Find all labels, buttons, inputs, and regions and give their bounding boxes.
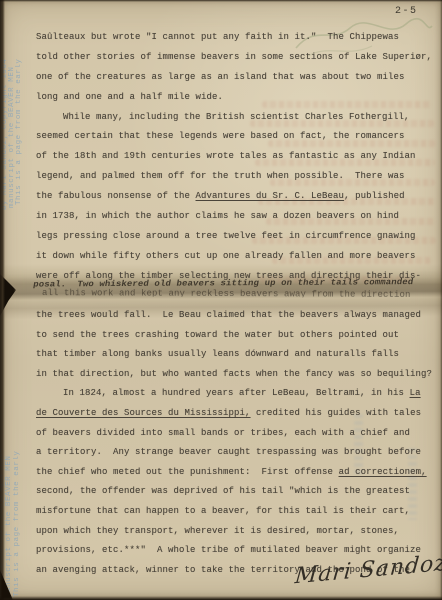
text-line: upon which they transport, wherever it i… (36, 522, 432, 542)
margin-stamp-line: manuscript of the BEAVER MEN (8, 67, 16, 208)
text-line: seemed certain that these legends were b… (36, 127, 432, 147)
text-line: it down while fifty others cut up one al… (36, 247, 432, 267)
text-line: in that direction, but who wanted facts … (36, 365, 432, 385)
text-line: one of the creatures as large as an isla… (36, 68, 432, 88)
margin-stamp-line: This is a page from the early (13, 451, 21, 597)
text-line: the chief who meted out the punishment: … (36, 463, 432, 483)
text-line: misfortune that can happen to a beaver, … (36, 502, 432, 522)
margin-stamp-line: This is a page from the early (15, 59, 23, 205)
typed-text-block-1: Saûlteaux but wrote "I cannot put any fa… (36, 28, 432, 287)
margin-stamp-line: by Mari Sandoz, Copyright 1964 (1, 58, 9, 210)
text-line: long and one and a half mile wide. (36, 88, 432, 108)
text-line: In 1824, almost a hundred years after Le… (36, 384, 432, 404)
text-line: of beavers divided into small bands or t… (36, 424, 432, 444)
text-line: While many, including the British scient… (36, 108, 432, 128)
margin-stamp-line: by Mari Sandoz, Copyright 1964 (0, 447, 5, 599)
text-line: Saûlteaux but wrote "I cannot put any fa… (36, 28, 432, 48)
text-line: to send the trees crashing toward the wa… (36, 326, 432, 346)
text-line: told other stories of immense beavers in… (36, 48, 432, 68)
text-line: legend, and palmed them off for the trut… (36, 167, 432, 187)
text-line: legs pressing close around a tree twelve… (36, 227, 432, 247)
text-line: of the 18th and 19th centuries wrote tal… (36, 147, 432, 167)
text-line: de Couverte des Sources du Mississippi, … (36, 404, 432, 424)
text-line: a territory. Any strange beaver caught t… (36, 443, 432, 463)
margin-stamp-line: manuscript of the BEAVER MEN (5, 456, 13, 597)
text-line: the fabulous nonsense of the Advantures … (36, 187, 432, 207)
page-number: 2-5 (395, 6, 418, 17)
document-page: 2-5 Saûlteaux but wrote "I cannot put an… (0, 0, 442, 600)
text-line: that timber along banks usually leans dó… (36, 345, 432, 365)
text-line: the trees would fall. Le Beau claimed th… (36, 306, 432, 326)
text-line: second, the offender was deprived of his… (36, 482, 432, 502)
text-line: in 1738, in which the author claims he s… (36, 207, 432, 227)
typed-text-block-2: the trees would fall. Le Beau claimed th… (36, 306, 432, 581)
